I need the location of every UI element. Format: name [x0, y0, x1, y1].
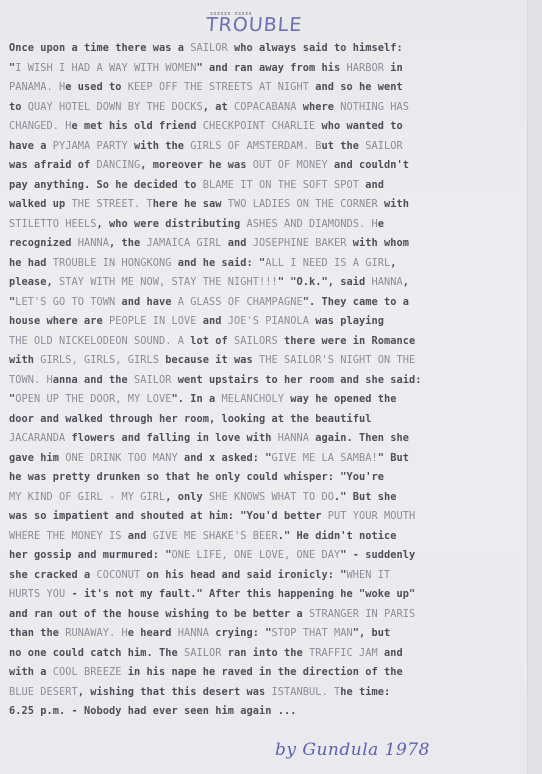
story-line: THE OLD NICKELODEON SOUND. A lot of SAIL…: [9, 332, 529, 352]
typewritten-story: Once upon a time there was a SAILOR who …: [9, 39, 529, 722]
story-line: "I WISH I HAD A WAY WITH WOMEN" and ran …: [9, 59, 529, 79]
story-line: JACARANDA flowers and falling in love wi…: [9, 429, 529, 449]
story-line: HURTS YOU - it's not my fault." After th…: [9, 585, 529, 605]
story-line: BLUE DESERT, wishing that this desert wa…: [9, 683, 529, 703]
story-line: pay anything. So he decided to BLAME IT …: [9, 176, 529, 196]
story-line: WHERE THE MONEY IS and GIVE ME SHAKE'S B…: [9, 527, 529, 547]
background-edge: [528, 0, 542, 774]
story-line: gave him ONE DRINK TOO MANY and x asked:…: [9, 449, 529, 469]
story-line: 6.25 p.m. - Nobody had ever seen him aga…: [9, 702, 529, 722]
story-line: TOWN. Hanna and the SAILOR went upstairs…: [9, 371, 529, 391]
story-line: with GIRLS, GIRLS, GIRLS because it was …: [9, 351, 529, 371]
story-line: Once upon a time there was a SAILOR who …: [9, 39, 529, 59]
story-line: was afraid of DANCING, moreover he was O…: [9, 156, 529, 176]
story-line: CHANGED. He met his old friend CHECKPOIN…: [9, 117, 529, 137]
story-line: house where are PEOPLE IN LOVE and JOE'S…: [9, 312, 529, 332]
story-line: PANAMA. He used to KEEP OFF THE STREETS …: [9, 78, 529, 98]
story-line: she cracked a COCONUT on his head and sa…: [9, 566, 529, 586]
story-line: no one could catch him. The SAILOR ran i…: [9, 644, 529, 664]
story-line: MY KIND OF GIRL - MY GIRL, only SHE KNOW…: [9, 488, 529, 508]
story-line: he was pretty drunken so that he only co…: [9, 468, 529, 488]
story-line: recognized HANNA, the JAMAICA GIRL and J…: [9, 234, 529, 254]
story-line: and ran out of the house wishing to be b…: [9, 605, 529, 625]
story-line: walked up THE STREET. There he saw TWO L…: [9, 195, 529, 215]
story-line: "LET'S GO TO TOWN and have A GLASS OF CH…: [9, 293, 529, 313]
story-line: with a COOL BREEZE in his nape he raved …: [9, 663, 529, 683]
story-line: was so impatient and shouted at him: "Yo…: [9, 507, 529, 527]
story-line: than the RUNAWAY. He heard HANNA crying:…: [9, 624, 529, 644]
story-line: he had TROUBLE IN HONGKONG and he said: …: [9, 254, 529, 274]
story-line: to QUAY HOTEL DOWN BY THE DOCKS, at COPA…: [9, 98, 529, 118]
story-line: STILETTO HEELS, who were distributing AS…: [9, 215, 529, 235]
handwritten-title: TROUBLE: [205, 14, 303, 36]
handwritten-signature: by Gundula 1978: [275, 740, 430, 760]
story-line: please, STAY WITH ME NOW, STAY THE NIGHT…: [9, 273, 529, 293]
story-line: door and walked through her room, lookin…: [9, 410, 529, 430]
story-line: have a PYJAMA PARTY with the GIRLS OF AM…: [9, 137, 529, 157]
story-line: her gossip and murmured: "ONE LIFE, ONE …: [9, 546, 529, 566]
story-line: "OPEN UP THE DOOR, MY LOVE". In a MELANC…: [9, 390, 529, 410]
